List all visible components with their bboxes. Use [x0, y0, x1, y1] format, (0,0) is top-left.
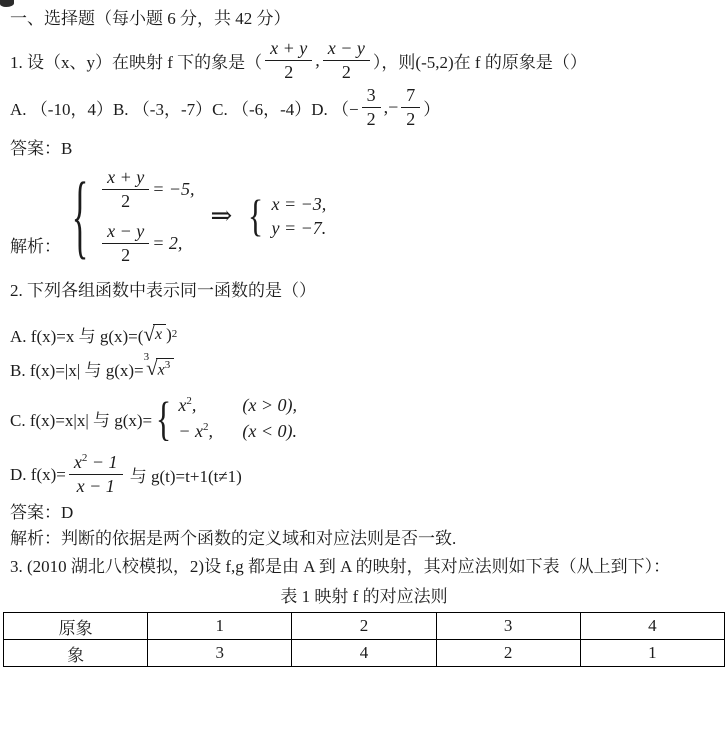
q2d-post-text: 与 g(t)=t+1(t≠1) [126, 462, 242, 487]
radicand-base: x [158, 361, 165, 378]
numerator-base: x [74, 452, 82, 472]
q1-analysis: 解析： { x + y 2 = −5, x − y 2 = 2, ⇒ { x =… [10, 164, 728, 268]
root-index: 3 [144, 351, 150, 363]
table-row-preimage: 原象 1 2 3 4 [4, 613, 725, 640]
fraction-numerator: x + y [102, 167, 149, 190]
fraction: 3 2 [362, 85, 381, 130]
left-brace: { [156, 395, 171, 443]
table-cell: 原象 [4, 613, 148, 640]
fraction-numerator: x − y [102, 221, 149, 244]
table-cell: 4 [580, 613, 724, 640]
cube-root: 3 √ x3 [144, 358, 175, 380]
fraction: x + y 2 [102, 167, 149, 212]
piecewise-cases: x2, (x > 0), − x2, (x < 0). [178, 395, 297, 442]
case-expression: − x2, [178, 421, 242, 442]
exponent: 2 [172, 329, 178, 340]
table-cell: 3 [436, 613, 580, 640]
implies-arrow: ⇒ [211, 201, 233, 231]
table-cell: 1 [148, 613, 292, 640]
fraction-numerator: 3 [362, 85, 381, 108]
left-brace: { [248, 194, 263, 238]
q2d-text: D. f(x)= [10, 465, 66, 485]
fraction-numerator: 7 [401, 85, 420, 108]
q2-answer: 答案：D [10, 502, 728, 524]
fraction-denominator: x − 1 [77, 475, 115, 497]
table-cell: 2 [436, 640, 580, 667]
table-caption: 表 1 映射 f 的对应法则 [0, 586, 728, 608]
fraction-denominator: 2 [121, 190, 130, 212]
solution-line: x = −3, [272, 194, 327, 215]
q2c-text: C. f(x)=x|x| 与 g(x)= [10, 406, 152, 431]
q2-option-b: B. f(x)=|x| 与 g(x)= 3 √ x3 [10, 356, 728, 381]
left-brace: { [72, 169, 89, 263]
fraction-numerator: x2 − 1 [69, 452, 123, 475]
table-cell: 3 [148, 640, 292, 667]
q2b-text: B. f(x)=|x| 与 g(x)= [10, 356, 144, 381]
case-base: − x [178, 421, 203, 441]
case-comma: , [192, 395, 197, 415]
q2a-text: A. f(x)=x 与 g(x)=( [10, 322, 143, 347]
case-condition: (x < 0). [242, 421, 297, 442]
fraction: x − y 2 [323, 38, 370, 83]
fraction: x2 − 1 x − 1 [69, 452, 123, 497]
case-row: x2, (x > 0), [178, 395, 297, 416]
radicand: x3 [156, 358, 175, 380]
corner-artifact [0, 0, 14, 7]
solution-system: x = −3, y = −7. [272, 194, 327, 239]
table-cell: 4 [292, 640, 436, 667]
equation-system: x + y 2 = −5, x − y 2 = 2, [99, 167, 194, 266]
fraction: 7 2 [401, 85, 420, 130]
q2-option-a: A. f(x)=x 与 g(x)=( √ x ) 2 [10, 322, 728, 347]
case-expression: x2, [178, 395, 242, 416]
fraction: x − y 2 [102, 221, 149, 266]
q1-lead-text: 1. 设（x、y）在映射 f 下的象是（ [10, 48, 262, 73]
radicand: x [153, 324, 166, 344]
table-cell: 象 [4, 640, 148, 667]
fraction-denominator: 2 [342, 61, 351, 83]
fraction-denominator: 2 [284, 61, 293, 83]
table-row-image: 象 3 4 2 1 [4, 640, 725, 667]
equation-row: x + y 2 = −5, [99, 167, 194, 212]
q1-options: A. （-10，4）B. （-3，-7）C. （-6，-4）D. （− 3 2 … [10, 85, 728, 130]
fraction-separator: , [315, 50, 320, 71]
table-cell: 1 [580, 640, 724, 667]
equation-rhs: = −5, [152, 179, 194, 200]
question-2-title: 2. 下列各组函数中表示同一函数的是（） [10, 280, 728, 302]
q1-answer: 答案：B [10, 138, 728, 160]
section-header: 一、选择题（每小题 6 分，共 42 分） [10, 8, 728, 30]
q1-options-abc-text: A. （-10，4）B. （-3，-7）C. （-6，-4）D. （− [10, 95, 359, 120]
numerator-tail: − 1 [87, 452, 117, 472]
table-cell: 2 [292, 613, 436, 640]
equation-row: x − y 2 = 2, [99, 221, 194, 266]
q2-option-c: C. f(x)=x|x| 与 g(x)= { x2, (x > 0), − x2… [10, 395, 728, 442]
q1-options-close-text: ） [423, 95, 440, 120]
fraction-denominator: 2 [406, 108, 415, 130]
question-1: 1. 设（x、y）在映射 f 下的象是（ x + y 2 , x − y 2 ）… [10, 38, 728, 83]
fraction-denominator: 2 [367, 108, 376, 130]
fraction-numerator: x + y [265, 38, 312, 61]
mapping-table: 原象 1 2 3 4 象 3 4 2 1 [3, 612, 725, 667]
case-comma: , [208, 421, 213, 441]
case-condition: (x > 0), [242, 395, 297, 416]
question-3-title: 3. (2010 湖北八校模拟，2)设 f,g 都是由 A 到 A 的映射，其对… [10, 556, 728, 578]
q2-option-d: D. f(x)= x2 − 1 x − 1 与 g(t)=t+1(t≠1) [10, 452, 728, 497]
q2-analysis: 解析：判断的依据是两个函数的定义域和对应法则是否一致. [10, 528, 728, 550]
exponent: 3 [165, 359, 171, 371]
worksheet-document: 一、选择题（每小题 6 分，共 42 分） 1. 设（x、y）在映射 f 下的象… [0, 0, 728, 729]
case-row: − x2, (x < 0). [178, 421, 297, 442]
fraction-numerator: x − y [323, 38, 370, 61]
square-root: √ x [143, 324, 166, 345]
fraction: x + y 2 [265, 38, 312, 83]
fraction-denominator: 2 [121, 244, 130, 266]
equation-rhs: = 2, [152, 233, 182, 254]
analysis-label: 解析： [10, 232, 61, 257]
solution-line: y = −7. [272, 218, 327, 239]
q1-tail-text: ），则(-5,2)在 f 的原象是（） [373, 48, 587, 73]
q1-optd-separator: ,− [384, 97, 399, 118]
